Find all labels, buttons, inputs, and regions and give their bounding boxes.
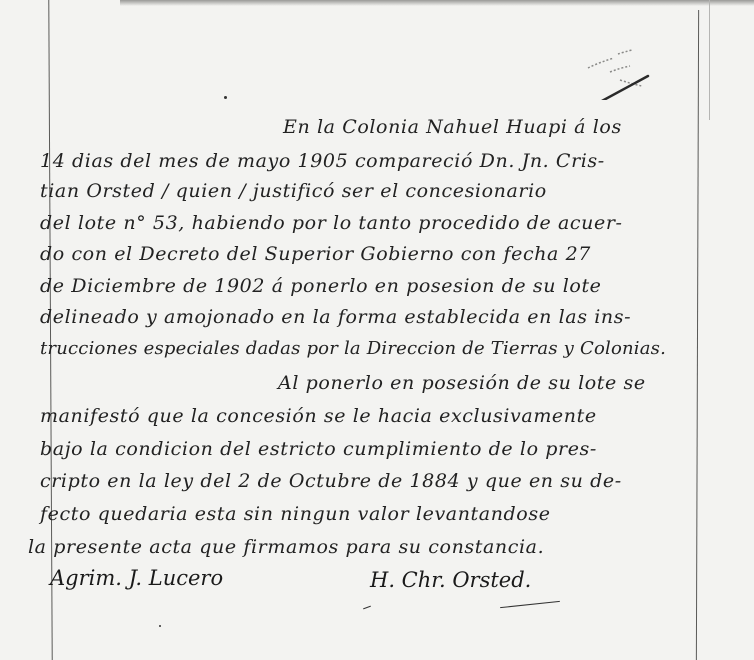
scan-edge-shadow [120, 0, 754, 6]
text-line-3: tian Orsted / quien / justificó ser el c… [40, 180, 547, 202]
text-line-7: delineado y amojonado en la forma establ… [40, 306, 631, 328]
text-line-2: 14 dias del mes de mayo 1905 compareció … [40, 150, 605, 172]
signature-left: Agrim. J. Lucero [50, 566, 223, 590]
signature-flourish [363, 606, 371, 610]
text-line-11: bajo la condicion del estricto cumplimie… [40, 438, 597, 460]
left-margin-rule [48, 0, 52, 660]
text-line-4: del lote n° 53, habiendo por lo tanto pr… [40, 212, 623, 234]
text-line-6: de Diciembre de 1902 á ponerlo en posesi… [40, 275, 602, 297]
text-line-5: do con el Decreto del Superior Gobierno … [40, 243, 591, 265]
text-line-13: fecto quedaria esta sin ningun valor lev… [40, 503, 551, 525]
signature-right: H. Chr. Orsted. [370, 568, 531, 592]
text-line-9: Al ponerlo en posesión de su lote se [278, 372, 646, 394]
text-line-8: trucciones especiales dadas por la Direc… [40, 338, 666, 359]
text-line-10: manifestó que la concesión se le hacia e… [40, 405, 597, 427]
ink-speck [224, 96, 227, 99]
text-line-12: cripto en la ley del 2 de Octubre de 188… [40, 470, 622, 492]
ink-speck [159, 625, 161, 627]
folio-number-mark [580, 40, 660, 100]
text-line-1: En la Colonia Nahuel Huapi á los [283, 116, 622, 138]
text-line-14: la presente acta que firmamos para su co… [28, 536, 544, 558]
signature-underline [500, 601, 560, 608]
right-margin-rule [696, 10, 699, 660]
scanned-document-page: En la Colonia Nahuel Huapi á los 14 dias… [0, 0, 754, 660]
right-margin-rule-faint [709, 0, 710, 120]
